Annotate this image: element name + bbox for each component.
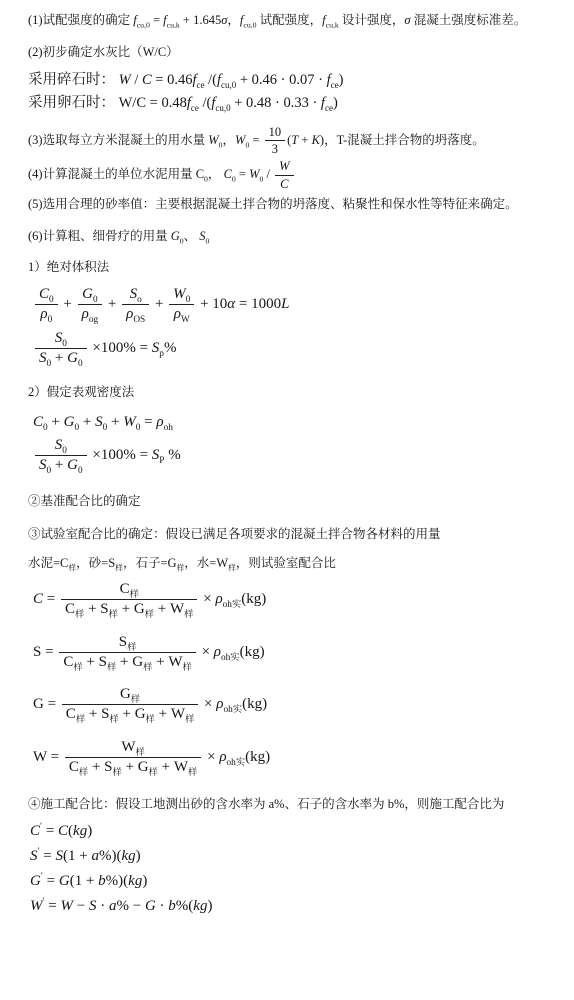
- subscript: 样: [73, 663, 82, 673]
- text-run: W: [121, 739, 135, 755]
- math-variable: W: [235, 132, 245, 146]
- fraction-numerator: W样: [65, 739, 202, 757]
- formula-sand-percentage-2: S0S0 + G0 ×100% = SP %: [33, 437, 566, 475]
- text-run: +: [51, 350, 67, 366]
- text-run: 混凝土强度标准差。: [411, 13, 527, 27]
- document-page: (1)试配强度的确定 fcu,0 = fcu,k + 1.645σ，fcu,0 …: [0, 0, 574, 931]
- math-variable: W: [208, 132, 218, 146]
- text-run: =: [249, 132, 262, 146]
- math-variable: C: [33, 414, 43, 430]
- subscript: 0: [78, 466, 83, 476]
- fraction: C样C样 + S样 + G样 + W样: [61, 581, 198, 619]
- math-variable: ρ: [214, 644, 221, 660]
- math-variable: C: [142, 72, 152, 88]
- math-variable: G: [82, 286, 93, 302]
- text-run: 水泥=C: [28, 556, 68, 570]
- math-variable: G: [171, 229, 180, 243]
- text-run: (5)选用合理的砂率值：主要根据混凝土拌合物的坍落度、粘聚性和保水性等特征来确定…: [28, 197, 518, 211]
- text-run: W =: [33, 749, 63, 765]
- para-water-amount: (3)选取每立方米混凝土的用水量 W0，W0 = 103(T + K)，T-混凝…: [28, 125, 566, 157]
- math-variable: C: [280, 177, 288, 191]
- math-variable: kg: [121, 848, 135, 864]
- fraction: S0S0 + G0: [35, 437, 87, 475]
- subscript: oh实: [227, 758, 246, 768]
- subscript: 样: [76, 715, 85, 725]
- text-run: (3)选取每立方米混凝土的用水量: [28, 132, 208, 146]
- text-run: =: [140, 414, 156, 430]
- text-run: ×: [200, 696, 216, 712]
- text-run: %)(: [106, 873, 129, 889]
- formula-lab-gravel: G = G样C样 + S样 + G样 + W样 × ρoh实(kg): [33, 686, 566, 724]
- text-run: ，: [227, 13, 240, 27]
- formula-lab-sand: S = S样C样 + S样 + G样 + W样 × ρoh实(kg): [33, 634, 566, 672]
- fraction-denominator: S0 + G0: [35, 348, 87, 367]
- math-variable: G: [59, 873, 70, 889]
- math-variable: S: [95, 414, 103, 430]
- text-run: ，则试验室配合比: [236, 556, 336, 570]
- subscript: 样: [130, 590, 139, 600]
- text-run: /: [131, 72, 142, 88]
- text-run: +: [60, 296, 76, 312]
- text-run: (1 +: [70, 873, 98, 889]
- subscript: 样: [68, 563, 76, 572]
- fraction-numerator: G样: [62, 686, 199, 704]
- fraction: G0ρog: [78, 286, 103, 324]
- subscript: 样: [109, 715, 118, 725]
- text-run: ②基准配合比的确定: [28, 494, 141, 508]
- text-run: + W: [155, 706, 185, 722]
- text-run: %: [164, 340, 177, 356]
- math-variable: G: [67, 350, 78, 366]
- text-run: + 10: [196, 296, 227, 312]
- subscript: 0: [78, 359, 83, 369]
- fraction-denominator: C: [275, 175, 293, 191]
- fraction-numerator: 10: [265, 125, 286, 140]
- text-run: =: [43, 873, 59, 889]
- text-run: S: [119, 634, 127, 650]
- math-variable: kg: [193, 898, 207, 914]
- subscript: ce: [191, 103, 199, 113]
- math-variable: kg: [128, 873, 142, 889]
- text-run: = 1000: [235, 296, 281, 312]
- heading-lab-mix-ratio: ③试验室配合比的确定：假设已满足各项要求的混凝土拌合物各材料的用量: [28, 526, 566, 544]
- text-run: 设计强度，: [339, 13, 405, 27]
- fraction: SoρOS: [122, 286, 149, 324]
- subscript: 样: [188, 768, 197, 778]
- math-variable: W: [30, 898, 43, 914]
- subscript: ce: [325, 103, 333, 113]
- formula-construction-cement: C′ = C(kg): [30, 821, 566, 842]
- text-run: +: [104, 296, 120, 312]
- subscript: W: [181, 315, 190, 325]
- subscript: 样: [107, 663, 116, 673]
- text-run: (kg): [245, 749, 270, 765]
- subscript: oh实: [223, 705, 242, 715]
- para-cement-amount: (4)计算混凝土的单位水泥用量 C0， C0 = W0 / WC: [28, 159, 566, 191]
- text-run: ，T-混凝土拌合物的坍落度。: [324, 132, 485, 146]
- text-run: %: [164, 447, 180, 463]
- fraction-numerator: S0: [35, 330, 87, 348]
- text-run: C: [65, 601, 75, 617]
- fraction-numerator: W0: [169, 286, 194, 304]
- formula-lab-water: W = W样C样 + S样 + G样 + W样 × ρoh实(kg): [33, 739, 566, 777]
- text-run: ×: [203, 749, 219, 765]
- text-run: 1）绝对体积法: [28, 260, 109, 274]
- subscript: 样: [113, 768, 122, 778]
- heading-absolute-volume-method: 1）绝对体积法: [28, 259, 566, 277]
- para-aggregate-amount: (6)计算粗、细骨疗的用量 G0、 S0: [28, 228, 566, 246]
- subscript: 样: [183, 663, 192, 673]
- para-water-cement-ratio: (2)初步确定水灰比（W/C）: [28, 44, 566, 62]
- text-run: S =: [33, 644, 57, 660]
- text-run: (kg): [241, 591, 266, 607]
- math-variable: G: [67, 457, 78, 473]
- text-run: + G: [118, 601, 145, 617]
- subscript: 0: [62, 339, 67, 349]
- math-variable: C: [224, 167, 232, 181]
- math-variable: C: [33, 591, 43, 607]
- text-run: ·: [156, 898, 169, 914]
- text-run: ): [207, 898, 212, 914]
- formula-construction-sand: S′ = S(1 + a%)(kg): [30, 846, 566, 867]
- text-run: C: [69, 759, 79, 775]
- subscript: ce: [331, 80, 339, 90]
- math-variable: b: [98, 873, 106, 889]
- math-variable: α: [227, 296, 235, 312]
- fraction: W样C样 + S样 + G样 + W样: [65, 739, 202, 777]
- text-run: ): [87, 823, 92, 839]
- subscript: oh: [164, 423, 173, 433]
- subscript: 0: [48, 315, 53, 325]
- text-run: + G: [122, 759, 149, 775]
- text-run: ，: [208, 167, 224, 181]
- fraction-denominator: ρog: [78, 304, 103, 323]
- subscript: OS: [133, 315, 145, 325]
- fraction-denominator: C样 + S样 + G样 + W样: [61, 599, 198, 618]
- text-run: ): [136, 848, 141, 864]
- text-run: G: [120, 686, 131, 702]
- fraction-denominator: C样 + S样 + G样 + W样: [65, 757, 202, 776]
- para-trial-strength: (1)试配强度的确定 fcu,0 = fcu,k + 1.645σ，fcu,0 …: [28, 12, 566, 30]
- text-run: 3: [272, 142, 278, 156]
- fraction-denominator: C样 + S样 + G样 + W样: [62, 704, 199, 723]
- math-variable: ρ: [219, 749, 226, 765]
- subscript: og: [89, 315, 98, 325]
- text-run: =: [45, 898, 61, 914]
- fraction: S0S0 + G0: [35, 330, 87, 368]
- fraction-denominator: C样 + S样 + G样 + W样: [59, 652, 196, 671]
- text-run: /: [263, 167, 273, 181]
- formula-pebble: 采用卵石时： W/C = 0.48fce /(fcu,0 + 0.48 · 0.…: [28, 93, 566, 113]
- subscript: 样: [184, 610, 193, 620]
- text-run: (2)初步确定水灰比（W/C）: [28, 45, 179, 59]
- fraction: WC: [275, 159, 293, 191]
- math-variable: ρ: [215, 591, 222, 607]
- text-run: +: [107, 414, 123, 430]
- math-variable: W: [61, 898, 74, 914]
- text-run: C: [63, 654, 73, 670]
- fraction-numerator: So: [122, 286, 149, 304]
- text-run: 2）假定表观密度法: [28, 385, 134, 399]
- subscript: 样: [185, 715, 194, 725]
- fraction-numerator: S样: [59, 634, 196, 652]
- text-run: (4)计算混凝土的单位水泥用量 C: [28, 167, 204, 181]
- fraction-denominator: S0 + G0: [35, 455, 87, 474]
- text-run: + S: [84, 601, 108, 617]
- math-variable: C: [58, 823, 68, 839]
- text-run: /(: [205, 72, 217, 88]
- text-run: ×100% =: [89, 340, 152, 356]
- fraction-numerator: C0: [35, 286, 58, 304]
- subscript: cu,0: [221, 80, 236, 90]
- subscript: 样: [146, 715, 155, 725]
- formula-assumed-density: C0 + G0 + S0 + W0 = ρoh: [33, 412, 566, 433]
- text-run: =: [42, 823, 58, 839]
- subscript: cu,0: [215, 103, 230, 113]
- math-variable: S: [130, 286, 138, 302]
- subscript: 样: [228, 563, 236, 572]
- text-run: = 0.46: [152, 72, 193, 88]
- fraction-numerator: C样: [61, 581, 198, 599]
- formula-crushed-stone: 采用碎石时： W / C = 0.46fce /(fcu,0 + 0.46 · …: [28, 70, 566, 90]
- math-variable: a: [91, 848, 99, 864]
- text-run: ④施工配合比：假设工地测出砂的含水率为 a%、石子的含水率为 b%，则施工配合比…: [28, 797, 504, 811]
- subscript: 样: [75, 610, 84, 620]
- subscript: oh实: [223, 600, 242, 610]
- math-variable: ρ: [174, 306, 181, 322]
- text-run: C: [120, 581, 130, 597]
- fraction: C0ρ0: [35, 286, 58, 324]
- text-run: =: [40, 848, 56, 864]
- text-run: ，水=W: [184, 556, 228, 570]
- fraction-numerator: G0: [78, 286, 103, 304]
- formula-construction-gravel: G′ = G(1 + b%)(kg): [30, 871, 566, 892]
- fraction-numerator: S0: [35, 437, 87, 455]
- subscript: 0: [186, 295, 191, 305]
- subscript: 样: [79, 768, 88, 778]
- text-run: =: [150, 13, 163, 27]
- text-run: ③试验室配合比的确定：假设已满足各项要求的混凝土拌合物各材料的用量: [28, 527, 441, 541]
- math-variable: ρ: [40, 306, 47, 322]
- subscript: 样: [115, 563, 123, 572]
- subscript: 0: [93, 295, 98, 305]
- heading-assumed-density-method: 2）假定表观密度法: [28, 384, 566, 402]
- subscript: 0: [206, 236, 210, 245]
- text-run: 10: [269, 125, 282, 139]
- math-variable: ρ: [82, 306, 89, 322]
- math-variable: W: [123, 414, 136, 430]
- text-run: (1)试配强度的确定: [28, 13, 133, 27]
- text-run: +: [48, 414, 64, 430]
- text-run: (1 +: [63, 848, 91, 864]
- text-run: ): [333, 95, 338, 111]
- para-sand-ratio: (5)选用合理的砂率值：主要根据混凝土拌合物的坍落度、粘聚性和保水性等特征来确定…: [28, 196, 566, 214]
- text-run: ·: [96, 898, 109, 914]
- math-variable: W: [249, 167, 259, 181]
- text-run: −: [73, 898, 89, 914]
- text-run: ): [339, 72, 344, 88]
- subscript: 0: [62, 446, 67, 456]
- math-variable: G: [145, 898, 156, 914]
- subscript: 样: [131, 695, 140, 705]
- math-variable: W: [279, 159, 289, 173]
- text-run: +: [298, 132, 311, 146]
- formula-absolute-volume: C0ρ0 + G0ρog + SoρOS + W0ρW + 10α = 1000…: [33, 286, 566, 324]
- heading-construction-mix-ratio: ④施工配合比：假设工地测出砂的含水率为 a%、石子的含水率为 b%，则施工配合比…: [28, 796, 566, 814]
- text-run: +: [151, 296, 167, 312]
- text-run: ，: [223, 132, 236, 146]
- math-variable: L: [281, 296, 289, 312]
- text-run: + 1.645: [180, 13, 221, 27]
- text-run: /(: [199, 95, 211, 111]
- text-run: %)(: [99, 848, 122, 864]
- text-run: % −: [116, 898, 144, 914]
- subscript: cu,k: [167, 21, 180, 30]
- subscript: oh实: [221, 653, 240, 663]
- math-variable: ρ: [156, 414, 163, 430]
- fraction-denominator: ρW: [169, 304, 194, 323]
- subscript: 样: [145, 610, 154, 620]
- subscript: 样: [136, 748, 145, 758]
- text-run: G =: [33, 696, 60, 712]
- text-run: + S: [85, 706, 109, 722]
- subscript: 0: [49, 295, 54, 305]
- text-run: +: [51, 457, 67, 473]
- text-run: + W: [154, 601, 184, 617]
- formula-construction-water: W′ = W − S · a% − G · b%(kg): [30, 896, 566, 917]
- text-run: + 0.48 · 0.33 ·: [231, 95, 321, 111]
- subscript: cu,k: [326, 21, 339, 30]
- subscript: 样: [143, 663, 152, 673]
- text-run: %(: [176, 898, 194, 914]
- formula-sand-percentage-1: S0S0 + G0 ×100% = Sp%: [33, 330, 566, 368]
- text-run: + G: [119, 706, 146, 722]
- text-run: + S: [88, 759, 112, 775]
- subscript: 样: [127, 643, 136, 653]
- text-run: + G: [116, 654, 143, 670]
- fraction-denominator: ρ0: [35, 304, 58, 323]
- subscript: cu,0: [137, 21, 150, 30]
- math-variable: C: [30, 823, 40, 839]
- heading-base-mix-ratio: ②基准配合比的确定: [28, 493, 566, 511]
- text-run: 采用碎石时：: [28, 72, 119, 88]
- fraction-numerator: W: [275, 159, 293, 174]
- math-variable: W: [173, 286, 186, 302]
- fraction: W0ρW: [169, 286, 194, 324]
- text-run: 试配强度，: [257, 13, 323, 27]
- text-run: ): [142, 873, 147, 889]
- math-variable: S: [30, 848, 38, 864]
- math-variable: C: [39, 286, 49, 302]
- subscript: 样: [149, 768, 158, 778]
- text-run: (kg): [242, 696, 267, 712]
- math-variable: K: [312, 132, 320, 146]
- text-run: (kg): [240, 644, 265, 660]
- text-run: + 0.46 · 0.07 ·: [236, 72, 326, 88]
- text-run: ×100% =: [89, 447, 152, 463]
- text-run: ×: [198, 644, 214, 660]
- para-material-symbols: 水泥=C样，砂=S样，石子=G样，水=W样，则试验室配合比: [28, 555, 566, 573]
- fraction-denominator: ρOS: [122, 304, 149, 323]
- text-run: 采用卵石时： W/C = 0.48: [28, 95, 187, 111]
- text-run: C: [66, 706, 76, 722]
- fraction: G样C样 + S样 + G样 + W样: [62, 686, 199, 724]
- text-run: +: [79, 414, 95, 430]
- text-run: ，石子=G: [123, 556, 177, 570]
- subscript: 样: [109, 610, 118, 620]
- math-variable: G: [64, 414, 75, 430]
- fraction-denominator: 3: [265, 140, 286, 156]
- math-variable: G: [30, 873, 41, 889]
- subscript: o: [137, 295, 142, 305]
- math-variable: kg: [73, 823, 87, 839]
- math-variable: S: [39, 350, 47, 366]
- text-run: + W: [158, 759, 188, 775]
- math-variable: S: [39, 457, 47, 473]
- math-variable: S: [56, 848, 64, 864]
- subscript: ce: [197, 80, 205, 90]
- math-variable: b: [168, 898, 176, 914]
- text-run: 、: [184, 229, 200, 243]
- text-run: (6)计算粗、细骨疗的用量: [28, 229, 171, 243]
- formula-lab-cement: C = C样C样 + S样 + G样 + W样 × ρoh实(kg): [33, 581, 566, 619]
- text-run: ×: [199, 591, 215, 607]
- text-run: =: [236, 167, 249, 181]
- math-variable: W: [119, 72, 131, 88]
- text-run: ，砂=S: [76, 556, 115, 570]
- fraction: 103: [265, 125, 286, 157]
- text-run: + S: [83, 654, 107, 670]
- text-run: =: [43, 591, 59, 607]
- text-run: + W: [152, 654, 182, 670]
- subscript: cu,0: [243, 21, 256, 30]
- fraction: S样C样 + S样 + G样 + W样: [59, 634, 196, 672]
